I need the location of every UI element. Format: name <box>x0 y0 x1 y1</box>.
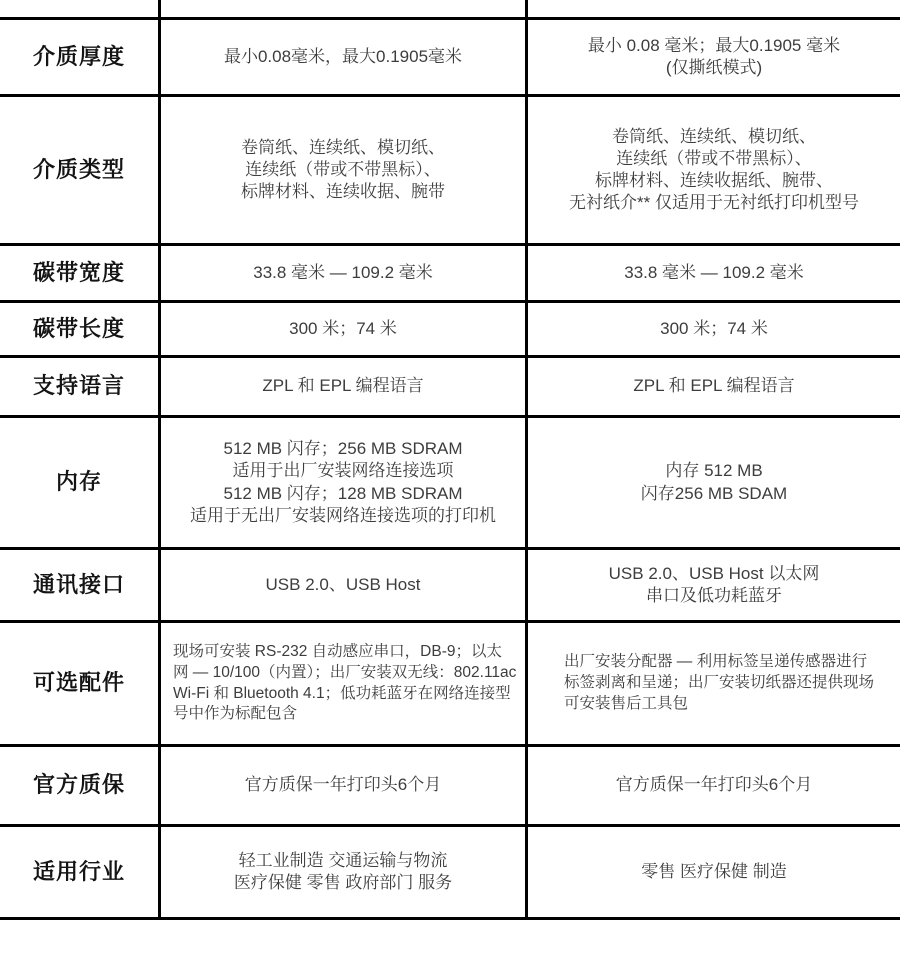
printer-b-optional-accessories: 出厂安装分配器 — 利用标签呈递传感器进行 标签剥离和呈递；出厂安装切纸器还提供… <box>528 623 900 744</box>
printer-a-ribbon-length: 300 米；74 米 <box>161 303 528 355</box>
printer-b-industries: 零售 医疗保健 制造 <box>528 827 900 917</box>
row-label-memory: 内存 <box>0 418 161 547</box>
row-label-warranty: 官方质保 <box>0 747 161 824</box>
printer-b-interfaces: USB 2.0、USB Host 以太网 串口及低功耗蓝牙 <box>528 550 900 620</box>
printer-b-media-type: 卷筒纸、连续纸、模切纸、 连续纸（带或不带黑标）、 标牌材料、连续收据纸、腕带、… <box>528 97 900 243</box>
printer-b-value <box>528 0 900 17</box>
printer-b-media-thickness: 最小 0.08 毫米；最大0.1905 毫米 (仅撕纸模式) <box>528 20 900 94</box>
table-row-languages: 支持语言 ZPL 和 EPL 编程语言 ZPL 和 EPL 编程语言 <box>0 358 900 418</box>
row-label <box>0 0 161 17</box>
row-label-media-thickness: 介质厚度 <box>0 20 161 94</box>
table-row-interfaces: 通讯接口 USB 2.0、USB Host USB 2.0、USB Host 以… <box>0 550 900 623</box>
printer-a-value <box>161 0 528 17</box>
printer-b-ribbon-length: 300 米；74 米 <box>528 303 900 355</box>
printer-a-optional-accessories: 现场可安装 RS-232 自动感应串口，DB-9；以太 网 — 10/100（内… <box>161 623 528 744</box>
table-row-media-thickness: 介质厚度 最小0.08毫米，最大0.1905毫米 最小 0.08 毫米；最大0.… <box>0 20 900 97</box>
printer-b-memory: 内存 512 MB 闪存256 MB SDAM <box>528 418 900 547</box>
printer-spec-table: 介质厚度 最小0.08毫米，最大0.1905毫米 最小 0.08 毫米；最大0.… <box>0 0 900 920</box>
table-row-ribbon-width: 碳带宽度 33.8 毫米 — 109.2 毫米 33.8 毫米 — 109.2 … <box>0 246 900 303</box>
row-label-interfaces: 通讯接口 <box>0 550 161 620</box>
printer-a-media-type: 卷筒纸、连续纸、模切纸、 连续纸（带或不带黑标）、 标牌材料、连续收据、腕带 <box>161 97 528 243</box>
table-row-warranty: 官方质保 官方质保一年打印头6个月 官方质保一年打印头6个月 <box>0 747 900 827</box>
printer-b-ribbon-width: 33.8 毫米 — 109.2 毫米 <box>528 246 900 300</box>
row-label-ribbon-width: 碳带宽度 <box>0 246 161 300</box>
row-label-optional-accessories: 可选配件 <box>0 623 161 744</box>
row-label-languages: 支持语言 <box>0 358 161 415</box>
printer-a-interfaces: USB 2.0、USB Host <box>161 550 528 620</box>
printer-a-warranty: 官方质保一年打印头6个月 <box>161 747 528 824</box>
table-row-ribbon-length: 碳带长度 300 米；74 米 300 米；74 米 <box>0 303 900 358</box>
table-row-memory: 内存 512 MB 闪存；256 MB SDRAM 适用于出厂安装网络连接选项 … <box>0 418 900 550</box>
table-row-partial-top <box>0 0 900 20</box>
table-row-media-type: 介质类型 卷筒纸、连续纸、模切纸、 连续纸（带或不带黑标）、 标牌材料、连续收据… <box>0 97 900 246</box>
row-label-media-type: 介质类型 <box>0 97 161 243</box>
row-label-industries: 适用行业 <box>0 827 161 917</box>
printer-b-warranty: 官方质保一年打印头6个月 <box>528 747 900 824</box>
printer-b-languages: ZPL 和 EPL 编程语言 <box>528 358 900 415</box>
printer-a-memory: 512 MB 闪存；256 MB SDRAM 适用于出厂安装网络连接选项 512… <box>161 418 528 547</box>
spec-sheet-page: 介质厚度 最小0.08毫米，最大0.1905毫米 最小 0.08 毫米；最大0.… <box>0 0 900 957</box>
printer-a-media-thickness: 最小0.08毫米，最大0.1905毫米 <box>161 20 528 94</box>
printer-a-ribbon-width: 33.8 毫米 — 109.2 毫米 <box>161 246 528 300</box>
printer-a-languages: ZPL 和 EPL 编程语言 <box>161 358 528 415</box>
table-row-optional-accessories: 可选配件 现场可安装 RS-232 自动感应串口，DB-9；以太 网 — 10/… <box>0 623 900 747</box>
bottom-whitespace <box>0 920 900 957</box>
row-label-ribbon-length: 碳带长度 <box>0 303 161 355</box>
printer-a-industries: 轻工业制造 交通运输与物流 医疗保健 零售 政府部门 服务 <box>161 827 528 917</box>
table-row-industries: 适用行业 轻工业制造 交通运输与物流 医疗保健 零售 政府部门 服务 零售 医疗… <box>0 827 900 920</box>
